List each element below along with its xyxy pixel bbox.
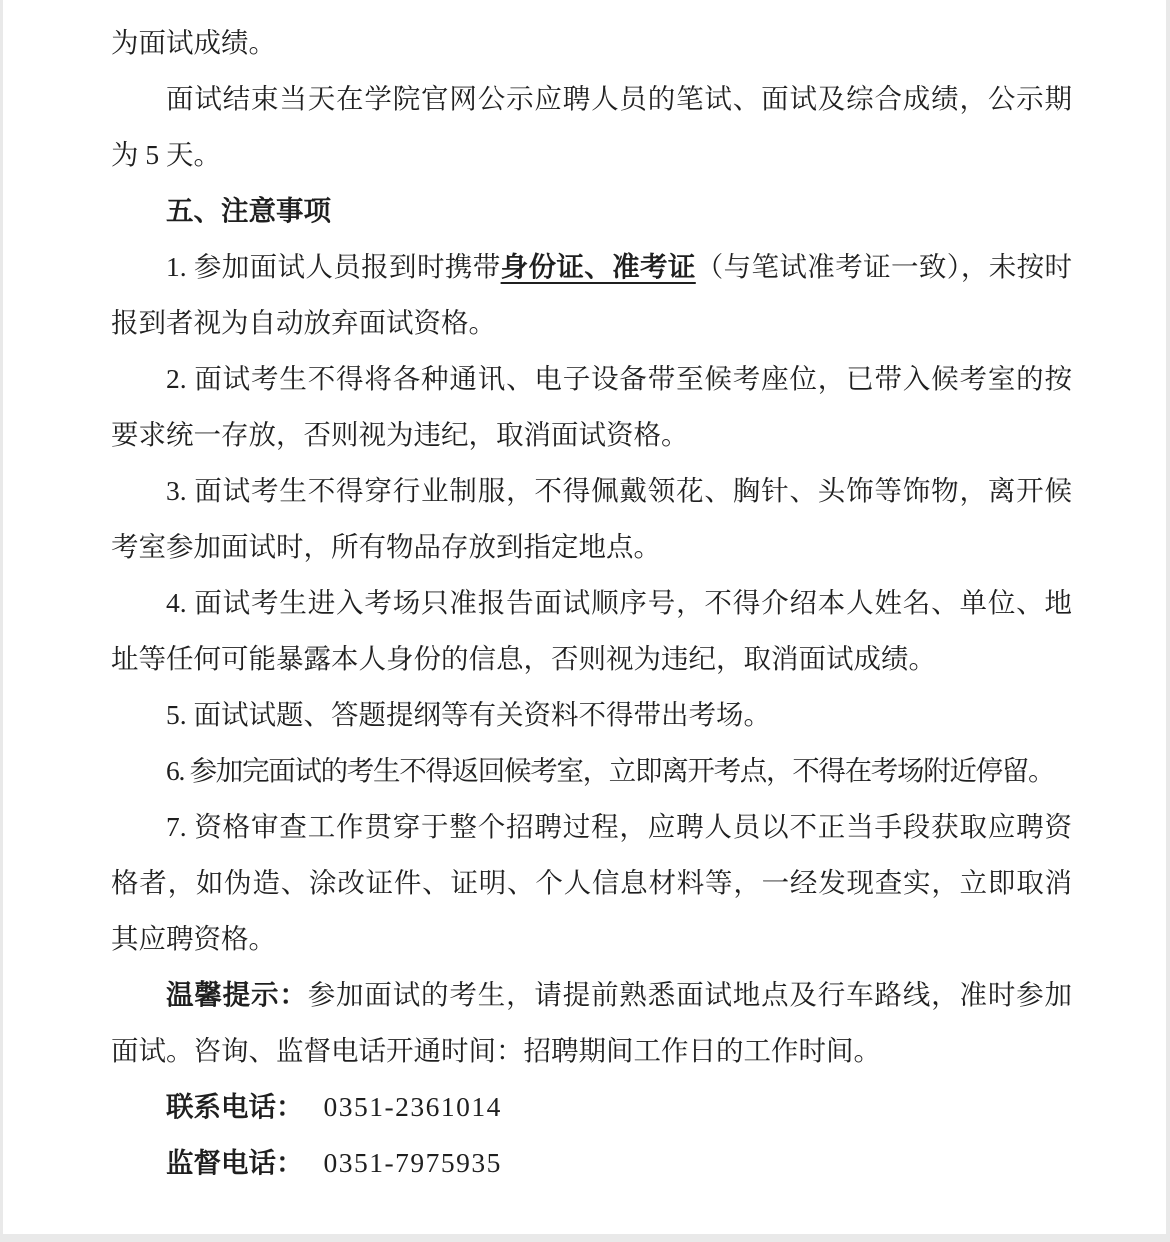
note-3-text: 3. 面试考生不得穿行业制服，不得佩戴领花、胸针、头饰等饰物，离开候考室参加面试… (111, 475, 1072, 562)
note-5-text: 5. 面试试题、答题提纲等有关资料不得带出考场。 (166, 699, 771, 730)
note-item-4: 4. 面试考生进入考场只准报告面试顺序号，不得介绍本人姓名、单位、地址等任何可能… (111, 575, 1072, 687)
closing-line-text: 为面试成绩。 (111, 27, 276, 58)
note-1-prefix: 1. 参加面试人员报到时携带 (166, 251, 501, 282)
warm-tip-paragraph: 温馨提示：参加面试的考生，请提前熟悉面试地点及行车路线，准时参加面试。咨询、监督… (111, 967, 1072, 1079)
contact-phone-line: 联系电话：0351-2361014 (111, 1079, 1072, 1135)
note-1-emphasized-text: 身份证、准考证 (501, 251, 696, 282)
note-item-1: 1. 参加面试人员报到时携带身份证、准考证（与笔试准考证一致），未按时报到者视为… (111, 239, 1072, 351)
closing-line-paragraph: 为面试成绩。 (111, 15, 1072, 71)
note-item-7: 7. 资格审查工作贯穿于整个招聘过程，应聘人员以不正当手段获取应聘资格者，如伪造… (111, 799, 1072, 967)
section-heading: 五、注意事项 (111, 183, 1072, 239)
note-7-text: 7. 资格审查工作贯穿于整个招聘过程，应聘人员以不正当手段获取应聘资格者，如伪造… (111, 811, 1072, 954)
note-item-3: 3. 面试考生不得穿行业制服，不得佩戴领花、胸针、头饰等饰物，离开候考室参加面试… (111, 463, 1072, 575)
contact-phone-number: 0351-2361014 (324, 1091, 502, 1122)
supervision-phone-line: 监督电话：0351-7975935 (111, 1135, 1072, 1191)
note-6-text: 6. 参加完面试的考生不得返回候考室，立即离开考点，不得在考场附近停留。 (166, 755, 1054, 786)
document-content: 为面试成绩。 面试结束当天在学院官网公示应聘人员的笔试、面试及综合成绩，公示期为… (3, 0, 1166, 1191)
announcement-text: 面试结束当天在学院官网公示应聘人员的笔试、面试及综合成绩，公示期为 5 天。 (111, 83, 1072, 170)
supervision-phone-number: 0351-7975935 (324, 1147, 502, 1178)
note-item-6: 6. 参加完面试的考生不得返回候考室，立即离开考点，不得在考场附近停留。 (111, 743, 1072, 799)
section-heading-text: 五、注意事项 (166, 195, 331, 226)
document-page: 为面试成绩。 面试结束当天在学院官网公示应聘人员的笔试、面试及综合成绩，公示期为… (3, 0, 1166, 1234)
warm-tip-label: 温馨提示： (166, 979, 308, 1010)
contact-phone-label: 联系电话： (166, 1091, 304, 1122)
note-4-text: 4. 面试考生进入考场只准报告面试顺序号，不得介绍本人姓名、单位、地址等任何可能… (111, 587, 1072, 674)
announcement-paragraph: 面试结束当天在学院官网公示应聘人员的笔试、面试及综合成绩，公示期为 5 天。 (111, 71, 1072, 183)
supervision-phone-label: 监督电话： (166, 1147, 304, 1178)
note-item-2: 2. 面试考生不得将各种通讯、电子设备带至候考座位，已带入候考室的按要求统一存放… (111, 351, 1072, 463)
note-2-text: 2. 面试考生不得将各种通讯、电子设备带至候考座位，已带入候考室的按要求统一存放… (111, 363, 1072, 450)
note-item-5: 5. 面试试题、答题提纲等有关资料不得带出考场。 (111, 687, 1072, 743)
